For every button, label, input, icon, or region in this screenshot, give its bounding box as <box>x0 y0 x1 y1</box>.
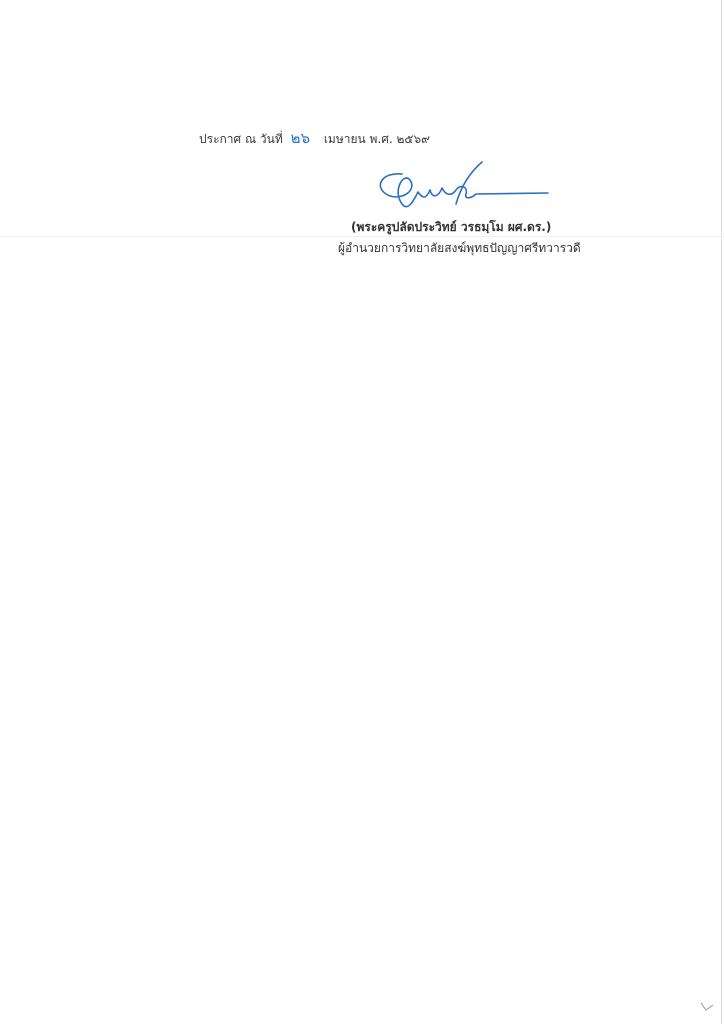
document-page: ประกาศ ณ วันที่ ๒๖ เมษายน พ.ศ. ๒๕๖๙ (พระ… <box>0 0 724 1024</box>
scan-mark-icon <box>700 1000 714 1012</box>
page-edge <box>721 0 722 1024</box>
date-month-year: เมษายน พ.ศ. ๒๕๖๙ <box>324 132 430 146</box>
date-prefix: ประกาศ ณ วันที่ <box>199 132 283 146</box>
announcement-date: ประกาศ ณ วันที่ ๒๖ เมษายน พ.ศ. ๒๕๖๙ <box>199 126 430 150</box>
signatory-position: ผู้อำนวยการวิทยาลัยสงฆ์พุทธปัญญาศรีทวารว… <box>338 239 581 258</box>
signature-icon <box>372 160 552 216</box>
signatory-name: (พระครูปลัดประวิทย์ วรธมฺโม ผศ.ดร.) <box>351 218 551 237</box>
date-day-handwritten: ๒๖ <box>291 126 310 150</box>
